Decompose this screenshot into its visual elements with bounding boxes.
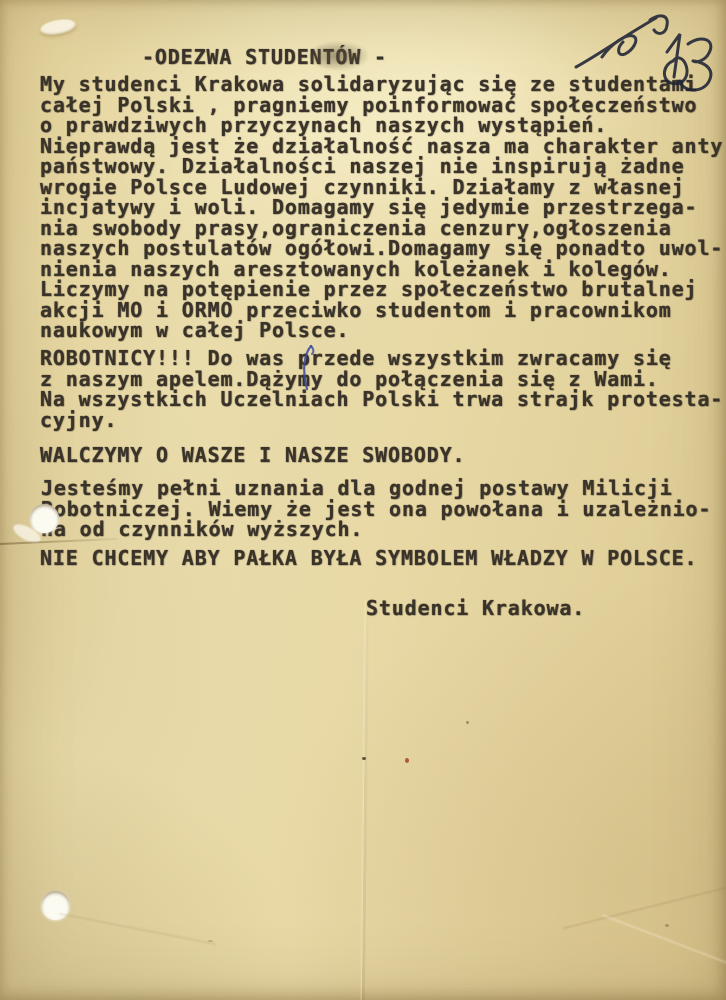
paper-speck — [208, 940, 213, 942]
punch-hole — [41, 891, 70, 920]
paper-speck — [665, 924, 669, 927]
paragraph-militia: Jesteśmy pełni uznania dla godnej postaw… — [41, 478, 711, 540]
ink-smudge — [310, 42, 368, 70]
slogan-freedoms: WALCZYMY O WASZE I NASZE SWOBODY. — [40, 445, 465, 466]
scanned-page: -ODEZWA STUDENTÓW - My studenci Krakowa … — [0, 0, 726, 1000]
paper-crease — [602, 914, 726, 984]
paragraph-workers-appeal: ROBOTNICY!!! Do was przede wszystkim zwr… — [40, 348, 723, 430]
ink-speck — [405, 758, 409, 763]
handwriting-ink-icon — [570, 5, 722, 97]
blue-pen-mark — [296, 344, 320, 392]
paper-speck — [466, 721, 469, 724]
paper-crease — [362, 600, 369, 1000]
paper-crease — [563, 877, 726, 930]
handwritten-number: 103 — [570, 5, 722, 97]
paper-speck — [362, 757, 366, 760]
slogan-baton: NIE CHCEMY ABY PAŁKA BYŁA SYMBOLEM WŁADZ… — [40, 548, 697, 569]
signature: Studenci Krakowa. — [366, 598, 585, 619]
punch-hole — [30, 504, 59, 533]
paper-nick — [39, 17, 77, 37]
paper-crease — [59, 913, 216, 945]
pen-stroke-icon — [296, 344, 320, 392]
paragraph-students-appeal: My studenci Krakowa solidaryzując się ze… — [40, 74, 723, 341]
